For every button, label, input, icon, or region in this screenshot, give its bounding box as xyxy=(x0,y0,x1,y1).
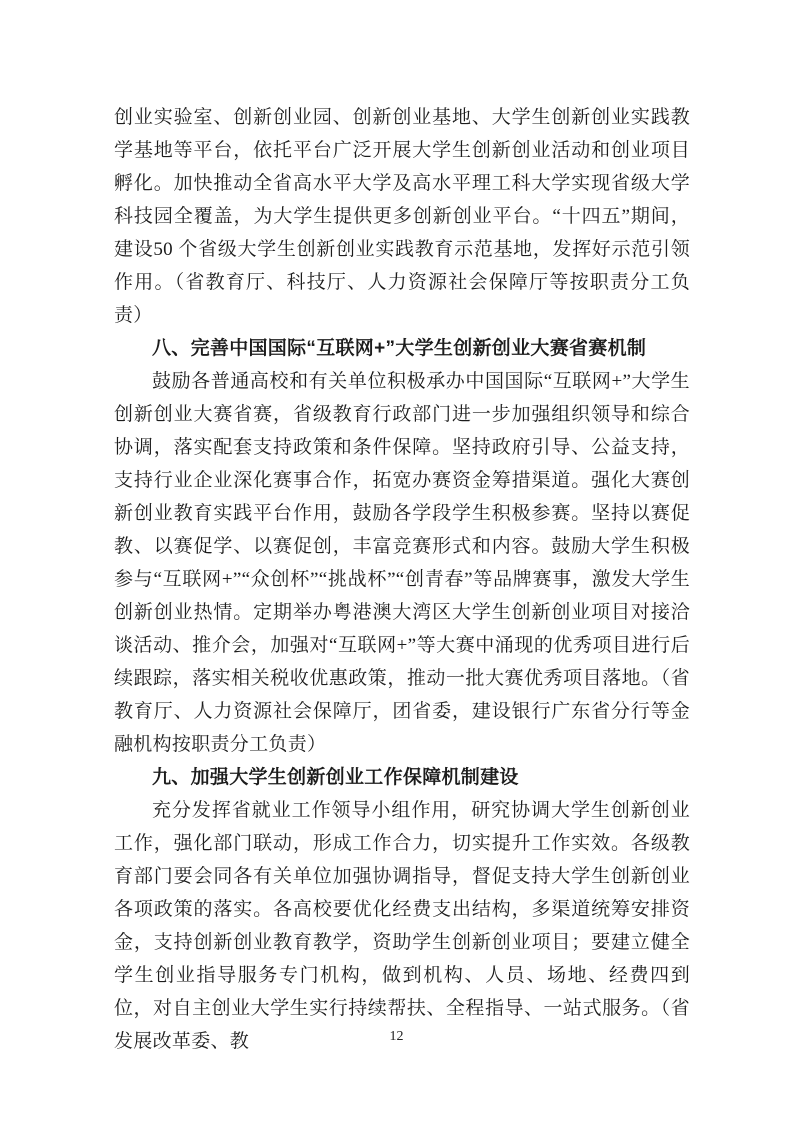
paragraph-section-9: 充分发挥省就业工作领导小组作用，研究协调大学生创新创业工作，强化部门联动，形成工… xyxy=(114,794,690,1058)
page-number: 12 xyxy=(0,1029,793,1045)
document-page: 创业实验室、创新创业园、创新创业基地、大学生创新创业实践教学基地等平台，依托平台… xyxy=(0,0,793,1122)
paragraph-continuation: 创业实验室、创新创业园、创新创业基地、大学生创新创业实践教学基地等平台，依托平台… xyxy=(114,101,690,332)
section-heading-8: 八、完善中国国际“互联网+”大学生创新创业大赛省赛机制 xyxy=(114,332,690,365)
section-heading-9: 九、加强大学生创新创业工作保障机制建设 xyxy=(114,761,690,794)
page-content: 创业实验室、创新创业园、创新创业基地、大学生创新创业实践教学基地等平台，依托平台… xyxy=(114,101,690,1058)
paragraph-section-8: 鼓励各普通高校和有关单位积极承办中国国际“互联网+”大学生创新创业大赛省赛，省级… xyxy=(114,365,690,761)
